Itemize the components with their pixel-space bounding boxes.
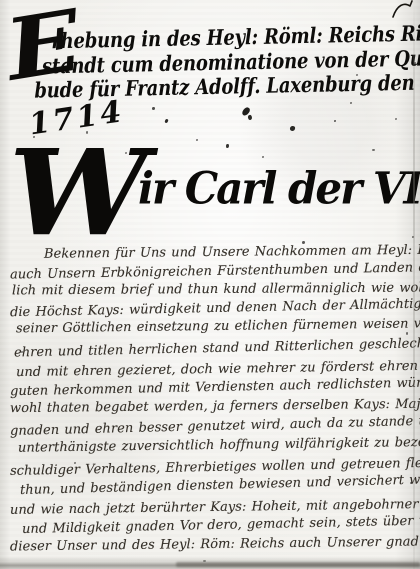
title-calligraphy: W ir Carl der VI te /: tit: Maj:/ [10,138,416,256]
body-text: Bekennen für Uns und Unsere Nachkommen a… [10,244,414,555]
manuscript-page: E rhebung in des Heyl: Röml: Reichs Ritt… [0,0,420,569]
title-text: ir Carl der VI [138,167,420,211]
scan-right-edge [413,0,415,569]
title-initial-w: W [9,134,142,252]
scan-bottom-edge [0,556,420,569]
ink-speck [290,126,296,132]
header-inscription: E rhebung in des Heyl: Röml: Reichs Ritt… [5,8,415,135]
title-row: ir Carl der VI te /: tit: Maj:/ [138,168,420,210]
body-line: dieser Unser und des Heyl: Röm: Reichs a… [10,533,414,557]
scan-bottom-shadow [176,562,420,567]
